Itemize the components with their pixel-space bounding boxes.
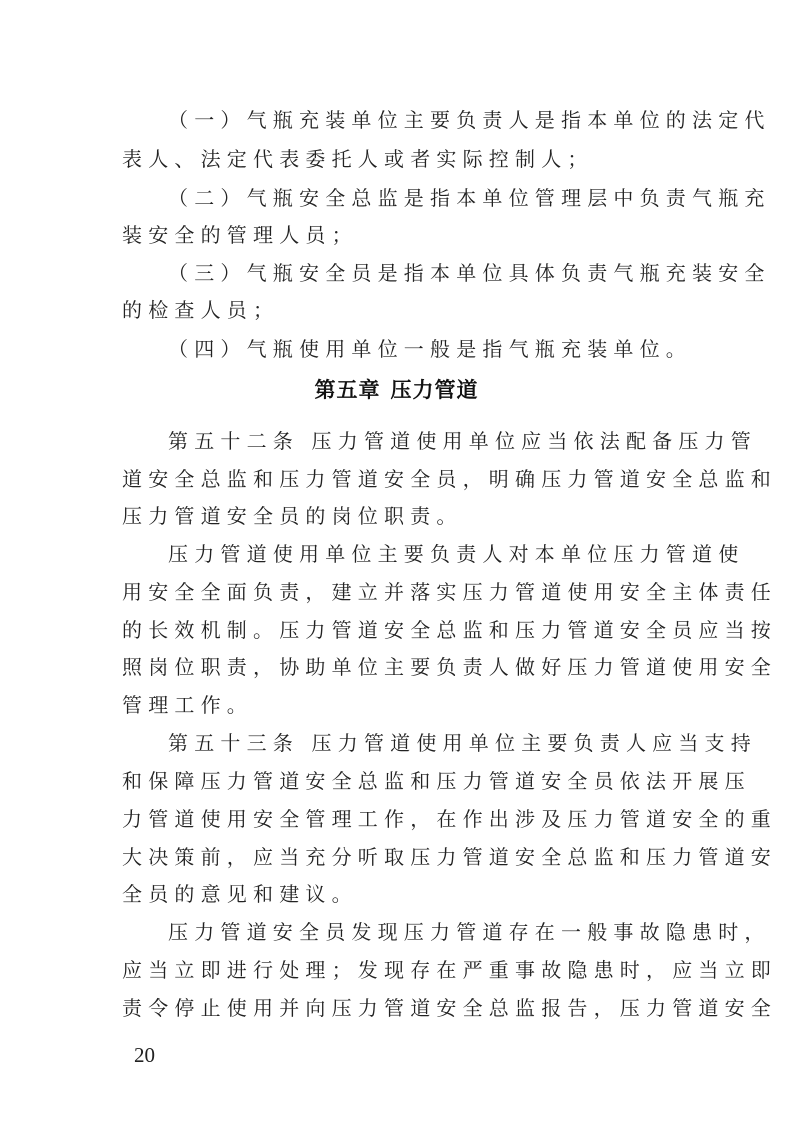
article-53-line-1: 第五十三条 压力管道使用单位主要负责人应当支持 xyxy=(168,731,677,755)
paragraph-2-line-3: 的长效机制。压力管道安全总监和压力管道安全员应当按 xyxy=(122,618,677,642)
article-53-line-2: 和保障压力管道安全总监和压力管道安全员依法开展压 xyxy=(122,769,677,793)
chapter-number: 第五章 xyxy=(315,378,381,402)
paragraph-2-line-5: 管理工作。 xyxy=(122,693,677,717)
article-53-line-3: 力管道使用安全管理工作，在作出涉及压力管道安全的重 xyxy=(122,807,677,831)
definition-1-line-1: （一）气瓶充装单位主要负责人是指本单位的法定代 xyxy=(168,108,677,132)
definition-1-line-2: 表人、法定代表委托人或者实际控制人； xyxy=(122,147,677,171)
article-52-line-1: 第五十二条 压力管道使用单位应当依法配备压力管 xyxy=(168,429,677,453)
paragraph-2-line-2: 用安全全面负责，建立并落实压力管道使用安全主体责任 xyxy=(122,580,677,604)
paragraph-4-line-3: 责令停止使用并向压力管道安全总监报告，压力管道安全 xyxy=(122,996,677,1020)
definition-4-line-1: （四）气瓶使用单位一般是指气瓶充装单位。 xyxy=(168,337,677,361)
chapter-title: 压力管道 xyxy=(391,378,479,402)
document-page: （一）气瓶充装单位主要负责人是指本单位的法定代 表人、法定代表委托人或者实际控制… xyxy=(0,0,793,1122)
definition-3-line-2: 的检查人员； xyxy=(122,298,677,322)
chapter-heading: 第五章压力管道 xyxy=(0,377,793,403)
definition-2-line-1: （二）气瓶安全总监是指本单位管理层中负责气瓶充 xyxy=(168,186,677,210)
paragraph-2-line-4: 照岗位职责，协助单位主要负责人做好压力管道使用安全 xyxy=(122,655,677,679)
article-53-line-5: 全员的意见和建议。 xyxy=(122,882,677,906)
page-number: 20 xyxy=(134,1043,155,1067)
article-52-line-2: 道安全总监和压力管道安全员，明确压力管道安全总监和 xyxy=(122,467,677,491)
definition-2-line-2: 装安全的管理人员； xyxy=(122,223,677,247)
definition-3-line-1: （三）气瓶安全员是指本单位具体负责气瓶充装安全 xyxy=(168,261,677,285)
paragraph-4-line-1: 压力管道安全员发现压力管道存在一般事故隐患时， xyxy=(168,920,677,944)
article-52-line-3: 压力管道安全员的岗位职责。 xyxy=(122,504,677,528)
paragraph-4-line-2: 应当立即进行处理；发现存在严重事故隐患时，应当立即 xyxy=(122,958,677,982)
paragraph-2-line-1: 压力管道使用单位主要负责人对本单位压力管道使 xyxy=(168,542,677,566)
article-53-line-4: 大决策前，应当充分听取压力管道安全总监和压力管道安 xyxy=(122,845,677,869)
